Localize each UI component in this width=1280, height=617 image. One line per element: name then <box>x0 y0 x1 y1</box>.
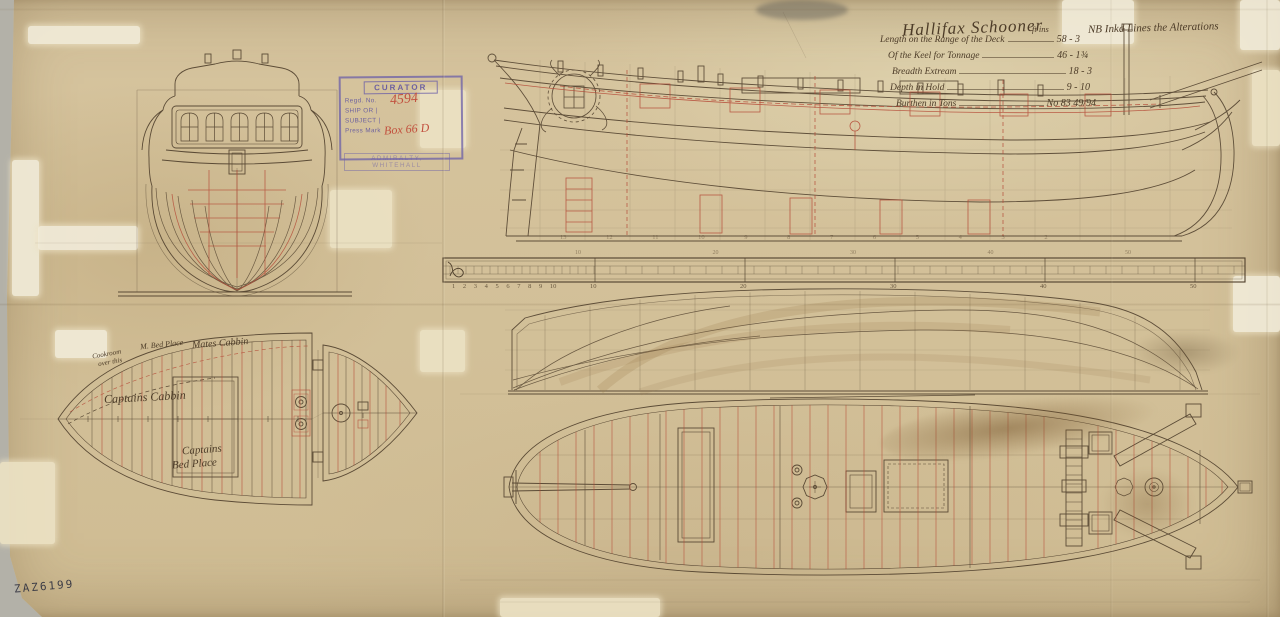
fold-crease <box>1266 0 1269 617</box>
brown-stain <box>1100 468 1195 540</box>
scale-major-number: 30 <box>890 283 897 290</box>
scale-major-number: 40 <box>1040 283 1047 290</box>
ship-plan-sheet: Hallifax Schooner ft ins NB Inkd Lines t… <box>0 0 1280 617</box>
stamp-regd-number: 4594 <box>389 91 418 109</box>
fold-crease <box>0 8 1280 11</box>
dimension-row: Depth in Hold9 - 10 <box>890 82 1090 93</box>
dimension-row: Length on the Range of the Deck58 - 3 <box>880 34 1080 45</box>
dimension-row: Of the Keel for Tonnage46 - 1¾ <box>888 50 1088 61</box>
body-plan-red <box>172 170 302 290</box>
scale-minor-numbers: 1 2 3 4 5 6 7 8 9 10 <box>452 283 556 290</box>
dimension-value: 18 - 3 <box>1069 66 1092 77</box>
dimension-label: Length on the Range of the Deck <box>880 35 1005 45</box>
dimension-value: 46 - 1¾ <box>1057 50 1088 61</box>
scale-major-number: 50 <box>1190 283 1197 290</box>
dimension-label: Burthen in Tons <box>896 99 956 109</box>
fold-crease <box>0 303 1280 306</box>
unit-header: ft ins <box>1032 24 1049 34</box>
admiralty-stamp: ADMIRALTY, WHITEHALL <box>344 153 450 171</box>
brown-stain <box>1130 330 1240 375</box>
dimension-value: No 83 49/94 <box>1047 98 1096 109</box>
sheer-plan <box>488 24 1262 241</box>
stamp-press-mark: Box 66 D <box>384 120 430 138</box>
dimension-row: Burthen in TonsNo 83 49/94 <box>896 98 1096 109</box>
dimension-label: Breadth Extream <box>892 67 956 77</box>
scale-major-number: 20 <box>740 283 747 290</box>
show-through-stain <box>560 301 1150 392</box>
scale-major-top-numbers: 10 20 30 40 50 <box>575 250 1131 256</box>
dimension-row: Breadth Extream18 - 3 <box>892 66 1092 77</box>
scale-bar <box>443 258 1245 282</box>
station-numbers: 13 12 11 10 9 8 7 6 5 4 3 2 <box>560 234 1048 241</box>
fold-crease <box>1110 0 1113 617</box>
body-plan <box>118 50 352 296</box>
dimension-value: 9 - 10 <box>1067 82 1090 93</box>
fold-crease <box>442 0 445 617</box>
dimension-label: Depth in Hold <box>890 83 944 93</box>
dimension-label: Of the Keel for Tonnage <box>888 51 979 61</box>
scale-major-number: 10 <box>590 283 597 290</box>
dimension-value: 58 - 3 <box>1057 34 1080 45</box>
